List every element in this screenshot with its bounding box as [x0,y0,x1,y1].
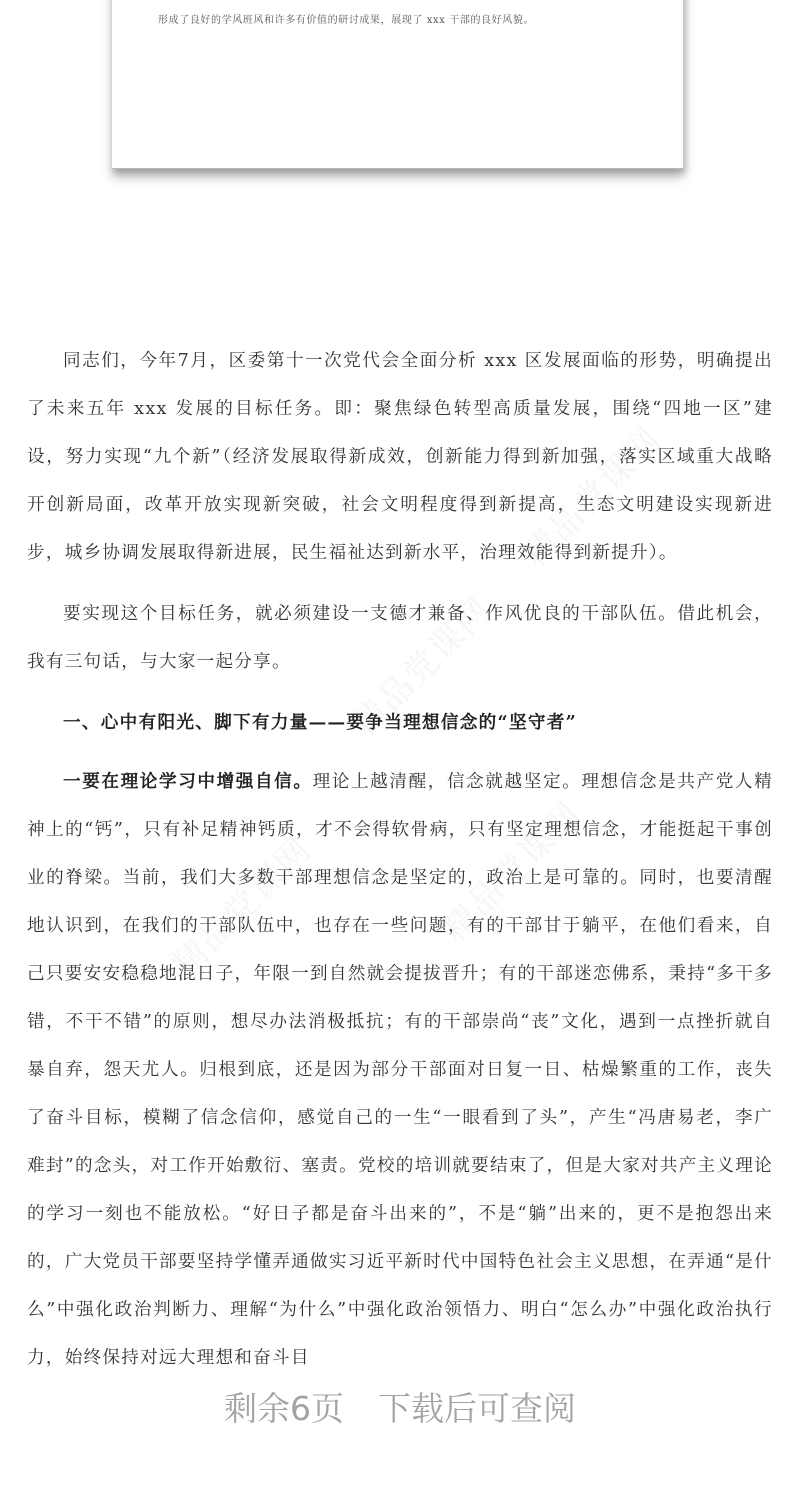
preview-page-text: 形成了良好的学风班风和许多有价值的研讨成果，展现了 xxx 干部的良好风貌。 [158,11,534,26]
paragraph-lead: 一要在理论学习中增强自信。 [63,771,313,792]
download-to-view-label[interactable]: 下载后可查阅 [378,1383,576,1430]
download-prompt[interactable]: 剩余6页下载后可查阅 [0,1383,800,1430]
paragraph-intro: 同志们，今年7月，区委第十一次党代会全面分析 xxx 区发展面临的形势，明确提出… [27,337,773,577]
paragraph-theory-study: 一要在理论学习中增强自信。理论上越清醒，信念就越坚定。理想信念是共产党人精神上的… [27,758,773,1382]
section-heading: 一、心中有阳光、脚下有力量——要争当理想信念的“坚守者” [27,699,773,747]
previous-page-preview: 形成了良好的学风班风和许多有价值的研讨成果，展现了 xxx 干部的良好风貌。 [112,0,684,169]
remaining-pages-label[interactable]: 剩余6页 [224,1383,344,1430]
paragraph-goal: 要实现这个目标任务，就必须建设一支德才兼备、作风优良的干部队伍。借此机会，我有三… [27,590,773,686]
document-body: 同志们，今年7月，区委第十一次党代会全面分析 xxx 区发展面临的形势，明确提出… [27,337,773,1395]
paragraph-text: 理论上越清醒，信念就越坚定。理想信念是共产党人精神上的“钙”，只有补足精神钙质，… [27,772,773,1368]
